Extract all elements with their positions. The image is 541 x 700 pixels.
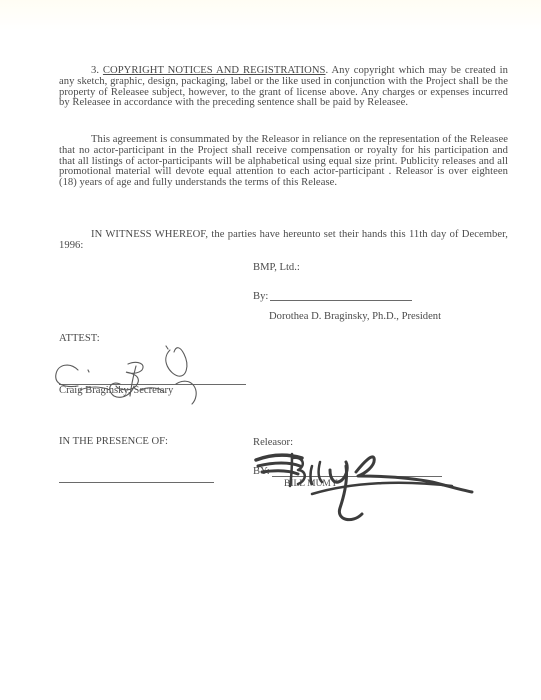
attest-handwritten-signature [50,340,220,410]
company-by-label: By: [253,291,268,302]
releasor-handwritten-signature [252,440,482,530]
presence-signature-line [59,482,214,483]
document-page: 3. COPYRIGHT NOTICES AND REGISTRATIONS. … [0,0,541,700]
section-number: 3. [91,65,99,76]
company-name: BMP, Ltd.: [253,262,300,273]
section-heading: COPYRIGHT NOTICES AND REGISTRATIONS [103,65,326,76]
company-signer-name: Dorothea D. Braginsky, Ph.D., President [269,311,441,322]
section-3-paragraph: 3. COPYRIGHT NOTICES AND REGISTRATIONS. … [59,66,508,109]
presence-label: IN THE PRESENCE OF: [59,436,168,447]
agreement-paragraph: This agreement is consummated by the Rel… [59,135,508,189]
company-signature-line [270,300,412,301]
witness-paragraph: IN WITNESS WHEREOF, the parties have her… [59,230,508,252]
